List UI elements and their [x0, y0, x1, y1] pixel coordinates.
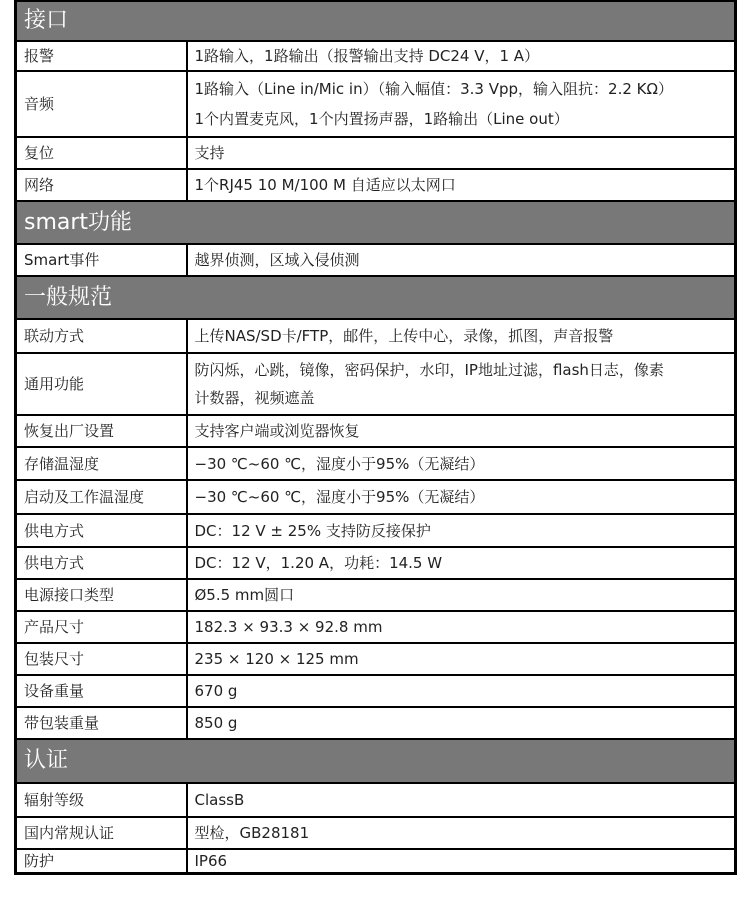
section-header-certification: 认证: [16, 739, 736, 783]
row-label: Smart事件: [16, 244, 187, 276]
section-header-interface: 接口: [16, 1, 736, 41]
table-row: 复位 支持: [16, 137, 736, 169]
table-row: 联动方式 上传NAS/SD卡/FTP，邮件，上传中心，录像，抓图，声音报警: [16, 319, 736, 353]
row-value: 上传NAS/SD卡/FTP，邮件，上传中心，录像，抓图，声音报警: [187, 319, 736, 353]
row-value-line: 1个内置麦克风，1个内置扬声器，1路输出（Line out）: [195, 110, 727, 128]
row-value-line: 计数器，视频遮盖: [195, 389, 727, 407]
row-value: 182.3 × 93.3 × 92.8 mm: [187, 611, 736, 643]
table-row: 电源接口类型 Ø5.5 mm圆口: [16, 579, 736, 611]
row-value: 越界侦测，区域入侵侦测: [187, 244, 736, 276]
table-row: 通用功能 防闪烁，心跳，镜像，密码保护，水印，IP地址过滤，flash日志，像素…: [16, 353, 736, 415]
row-label: 电源接口类型: [16, 579, 187, 611]
table-row: 启动及工作温湿度 −30 ℃~60 ℃，湿度小于95%（无凝结）: [16, 480, 736, 514]
row-value: IP66: [187, 849, 736, 873]
row-label: 供电方式: [16, 547, 187, 579]
row-label: 联动方式: [16, 319, 187, 353]
table-row: 国内常规认证 型检，GB28181: [16, 817, 736, 849]
row-label: 供电方式: [16, 514, 187, 547]
row-value: 型检，GB28181: [187, 817, 736, 849]
row-value: 防闪烁，心跳，镜像，密码保护，水印，IP地址过滤，flash日志，像素 计数器，…: [187, 353, 736, 415]
row-label: 辐射等级: [16, 783, 187, 817]
row-label: 设备重量: [16, 675, 187, 707]
section-header-smart: smart功能: [16, 201, 736, 244]
section-title: 一般规范: [16, 276, 736, 319]
row-value: 1个RJ45 10 M/100 M 自适应以太网口: [187, 169, 736, 201]
row-value: −30 ℃~60 ℃，湿度小于95%（无凝结）: [187, 447, 736, 480]
row-label: 音频: [16, 71, 187, 137]
section-title: 接口: [16, 1, 736, 41]
table-row: 包装尺寸 235 × 120 × 125 mm: [16, 643, 736, 675]
table-row: 供电方式 DC：12 V ± 25% 支持防反接保护: [16, 514, 736, 547]
section-title: 认证: [16, 739, 736, 783]
row-label: 复位: [16, 137, 187, 169]
row-value: −30 ℃~60 ℃，湿度小于95%（无凝结）: [187, 480, 736, 514]
row-value: Ø5.5 mm圆口: [187, 579, 736, 611]
row-value-line: 防闪烁，心跳，镜像，密码保护，水印，IP地址过滤，flash日志，像素: [195, 361, 727, 379]
row-label: 产品尺寸: [16, 611, 187, 643]
row-value: DC：12 V ± 25% 支持防反接保护: [187, 514, 736, 547]
row-value: ClassB: [187, 783, 736, 817]
table-row: 产品尺寸 182.3 × 93.3 × 92.8 mm: [16, 611, 736, 643]
row-value: 235 × 120 × 125 mm: [187, 643, 736, 675]
row-value: 支持: [187, 137, 736, 169]
row-label: 通用功能: [16, 353, 187, 415]
table-row: 网络 1个RJ45 10 M/100 M 自适应以太网口: [16, 169, 736, 201]
table-row: 防护 IP66: [16, 849, 736, 873]
row-label: 报警: [16, 41, 187, 71]
table-row: 报警 1路输入，1路输出（报警输出支持 DC24 V，1 A）: [16, 41, 736, 71]
table-row: 带包装重量 850 g: [16, 707, 736, 739]
row-label: 存储温湿度: [16, 447, 187, 480]
row-value-line: 1路输入（Line in/Mic in）（输入幅值：3.3 Vpp，输入阻抗：2…: [195, 80, 727, 98]
row-value: 1路输入，1路输出（报警输出支持 DC24 V，1 A）: [187, 41, 736, 71]
table-row: Smart事件 越界侦测，区域入侵侦测: [16, 244, 736, 276]
section-title: smart功能: [16, 201, 736, 244]
table-row: 设备重量 670 g: [16, 675, 736, 707]
table-row: 供电方式 DC：12 V，1.20 A，功耗：14.5 W: [16, 547, 736, 579]
row-label: 恢复出厂设置: [16, 415, 187, 447]
row-label: 国内常规认证: [16, 817, 187, 849]
row-value: 1路输入（Line in/Mic in）（输入幅值：3.3 Vpp，输入阻抗：2…: [187, 71, 736, 137]
row-value: DC：12 V，1.20 A，功耗：14.5 W: [187, 547, 736, 579]
row-value: 850 g: [187, 707, 736, 739]
row-value: 670 g: [187, 675, 736, 707]
section-header-general: 一般规范: [16, 276, 736, 319]
spec-table: 接口 报警 1路输入，1路输出（报警输出支持 DC24 V，1 A） 音频 1路…: [14, 0, 737, 875]
table-row: 辐射等级 ClassB: [16, 783, 736, 817]
table-row: 恢复出厂设置 支持客户端或浏览器恢复: [16, 415, 736, 447]
table-row: 音频 1路输入（Line in/Mic in）（输入幅值：3.3 Vpp，输入阻…: [16, 71, 736, 137]
row-value: 支持客户端或浏览器恢复: [187, 415, 736, 447]
row-label: 启动及工作温湿度: [16, 480, 187, 514]
row-label: 网络: [16, 169, 187, 201]
row-label: 带包装重量: [16, 707, 187, 739]
row-label: 包装尺寸: [16, 643, 187, 675]
row-label: 防护: [16, 849, 187, 873]
table-row: 存储温湿度 −30 ℃~60 ℃，湿度小于95%（无凝结）: [16, 447, 736, 480]
